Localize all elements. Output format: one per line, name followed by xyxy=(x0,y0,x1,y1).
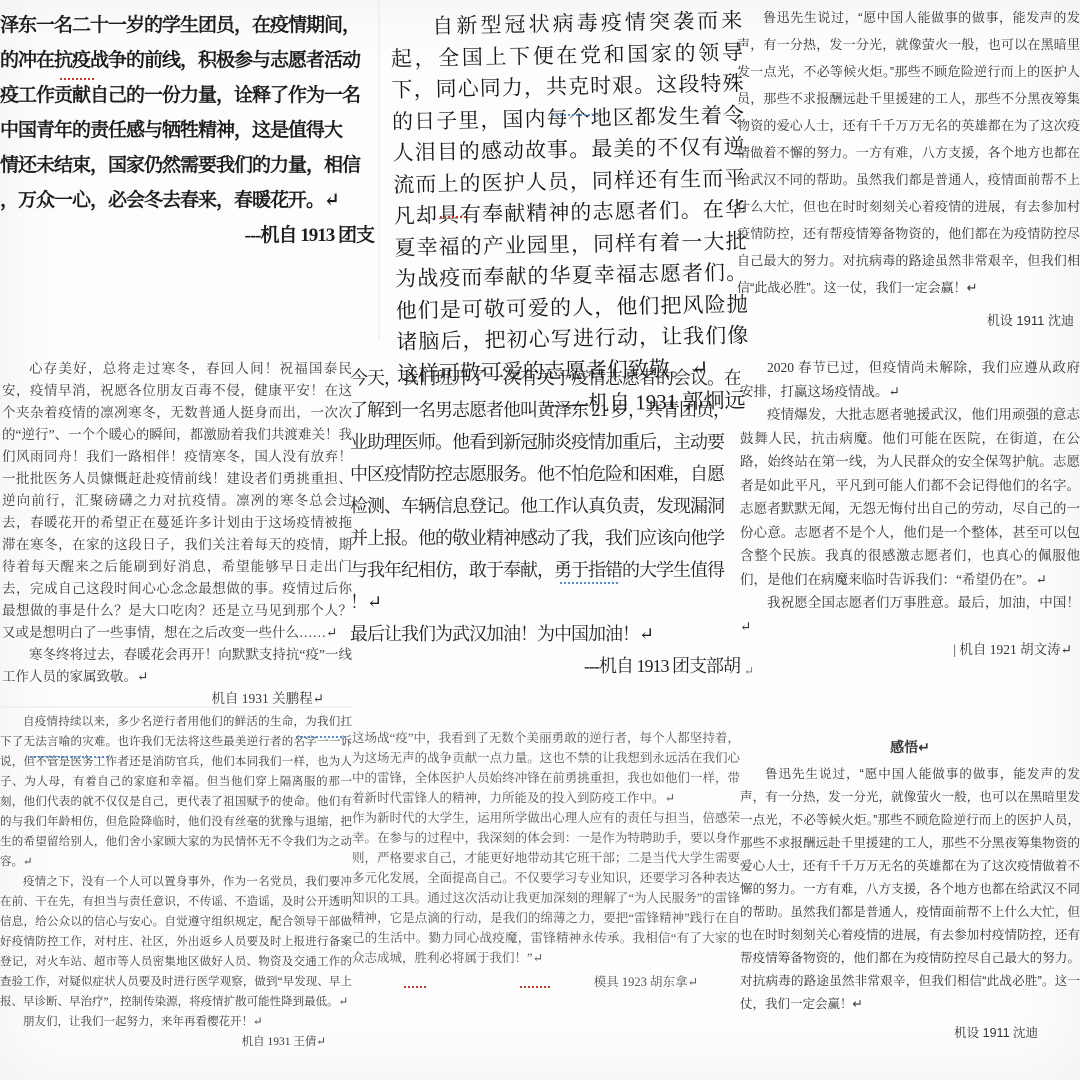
paragraph: 自新型冠状病毒疫情突袭而来起，全国上下便在党和国家的领导下，同心同力，共克时艰。… xyxy=(390,5,749,390)
text-line: 检测、车辆信息登记。他工作认真负责，发现漏洞 xyxy=(350,490,740,522)
text-line: 了解到一名男志愿者他叫黄泽东 21 岁，共青团员， xyxy=(350,394,740,426)
paragraph: 朋友们，让我们一起努力，来年再看樱花开！↵ xyxy=(0,1012,352,1032)
document-collage: 泽东一名二十一岁的学生团员，在疫情期间， 的冲在抗疫战争的前线，积极参与志愿者活… xyxy=(0,0,1080,1080)
essay-top-right: 鲁迅先生说过，“愿中国人能做事的做事，能发声的发声，有一分热，发一分光，就像萤火… xyxy=(737,4,1080,334)
text-line: 疫工作贡献自己的一份力量，诠释了作为一名 xyxy=(0,78,376,113)
spellcheck-squiggle-blue xyxy=(296,736,348,738)
paragraph: 鲁迅先生说过，“愿中国人能做事的做事，能发声的发声，有一分热，发一分光，就像萤火… xyxy=(740,763,1080,1016)
signature: 模具 1923 胡东拿↵ xyxy=(352,972,740,992)
spellcheck-squiggle-blue xyxy=(560,582,618,584)
spellcheck-squiggle-blue xyxy=(552,114,596,116)
text-line: ，万众一心，必会冬去春来，春暖花开。↵ xyxy=(0,183,376,218)
text-line: 中区疫情防控志愿服务。他不怕危险和困难，自愿 xyxy=(350,458,740,490)
essay-bottom-left: 自疫情持续以来，多少名逆行者用他们的鲜活的生命，为我们扛下了无法言喻的灾难。也许… xyxy=(0,712,352,1052)
paragraph: 作为新时代的大学生，运用所学做出心理人应有的责任与担当，倍感荣幸。在参与的过程中… xyxy=(352,808,740,968)
essay-bottom-right: 感悟↵ 鲁迅先生说过，“愿中国人能做事的做事，能发声的发声，有一分热，发一分光，… xyxy=(740,736,1080,1045)
signature: 机自 1931 关鹏程↵ xyxy=(2,688,352,710)
spellcheck-squiggle-red xyxy=(60,78,94,80)
paragraph: 我祝愿全国志愿者们万事胜意。最后，加油，中国！↵ xyxy=(740,591,1080,638)
text-line: 的冲在抗疫战争的前线，积极参与志愿者活动 xyxy=(0,43,376,78)
paragraph: 疫情爆发，大批志愿者驰援武汉，他们用顽强的意志鼓舞人民，抗击病魔。他们可能在医院… xyxy=(740,403,1080,591)
signature: 机自 1931 王倩↵ xyxy=(0,1032,352,1052)
text-line: 泽东一名二十一岁的学生团员，在疫情期间， xyxy=(0,8,376,43)
return-mark: ↵ xyxy=(744,660,754,684)
text-line: 今天，我们班开了一次有关于疫情志愿者的会议。在 xyxy=(350,362,740,394)
spellcheck-squiggle-red xyxy=(520,986,550,988)
text-line: 与我年纪相仿，敢于奉献，勇于指错的大学生值得 xyxy=(350,554,740,586)
text-line: 业助理医师。他看到新冠肺炎疫情加重后，主动要 xyxy=(350,426,740,458)
spellcheck-squiggle-blue xyxy=(30,756,108,758)
essay-heading: 感悟↵ xyxy=(740,736,1080,759)
essay-top-left: 泽东一名二十一岁的学生团员，在疫情期间， 的冲在抗疫战争的前线，积极参与志愿者活… xyxy=(0,8,376,253)
signature: 机设 1911 沈迪 xyxy=(737,307,1080,334)
essay-bottom-middle: 这场战“疫”中，我看到了无数个美丽勇敢的逆行者，每个人都坚持着，为这场无声的战争… xyxy=(352,728,740,992)
signature: 机设 1911 沈迪 xyxy=(740,1022,1080,1045)
text-line: 中国青年的责任感与牺牲精神，这是值得大 xyxy=(0,113,376,148)
essay-middle-middle: 今天，我们班开了一次有关于疫情志愿者的会议。在 了解到一名男志愿者他叫黄泽东 2… xyxy=(350,362,740,682)
essay-middle-left: 心存美好，总将走过寒冬，春回人间！祝福国泰民安，疫情早消，祝愿各位朋友百毒不侵，… xyxy=(2,358,352,710)
spellcheck-squiggle-red xyxy=(404,986,428,988)
text-line: ！↵ xyxy=(350,586,740,618)
paragraph: 心存美好，总将走过寒冬，春回人间！祝福国泰民安，疫情早消，祝愿各位朋友百毒不侵，… xyxy=(2,358,352,644)
paragraph: 鲁迅先生说过，“愿中国人能做事的做事，能发声的发声，有一分热，发一分光，就像萤火… xyxy=(737,4,1080,301)
paragraph: 2020 春节已过，但疫情尚未解除，我们应遵从政府安排，打赢这场疫情战。↵ xyxy=(740,356,1080,403)
essay-top-middle: 自新型冠状病毒疫情突袭而来起，全国上下便在党和国家的领导下，同心同力，共克时艰。… xyxy=(390,5,750,423)
spellcheck-squiggle-red xyxy=(440,216,468,218)
paragraph: 这场战“疫”中，我看到了无数个美丽勇敢的逆行者，每个人都坚持着，为这场无声的战争… xyxy=(352,728,740,808)
signature: ---机自 1913 团支 xyxy=(0,218,376,253)
paragraph: 疫情之下，没有一个人可以置身事外，作为一名党员，我们要冲在前、干在先，有担当与责… xyxy=(0,872,352,1012)
signature: ---机自 1913 团支部胡 xyxy=(350,650,740,682)
paragraph: 寒冬终将过去，春暖花会再开！向默默支持抗“疫”一线工作人员的家属致敬。↵ xyxy=(2,644,352,688)
essay-middle-right: 2020 春节已过，但疫情尚未解除，我们应遵从政府安排，打赢这场疫情战。↵ 疫情… xyxy=(740,356,1080,662)
text-line: 最后让我们为武汉加油！为中国加油！↵ xyxy=(350,618,740,650)
scan-seam xyxy=(378,0,380,340)
text-line: 并上报。他的敬业精神感动了我，我们应该向他学 xyxy=(350,522,740,554)
signature: | 机自 1921 胡文涛↵ xyxy=(740,638,1080,662)
text-line: 情还未结束，国家仍然需要我们的力量，相信 xyxy=(0,148,376,183)
